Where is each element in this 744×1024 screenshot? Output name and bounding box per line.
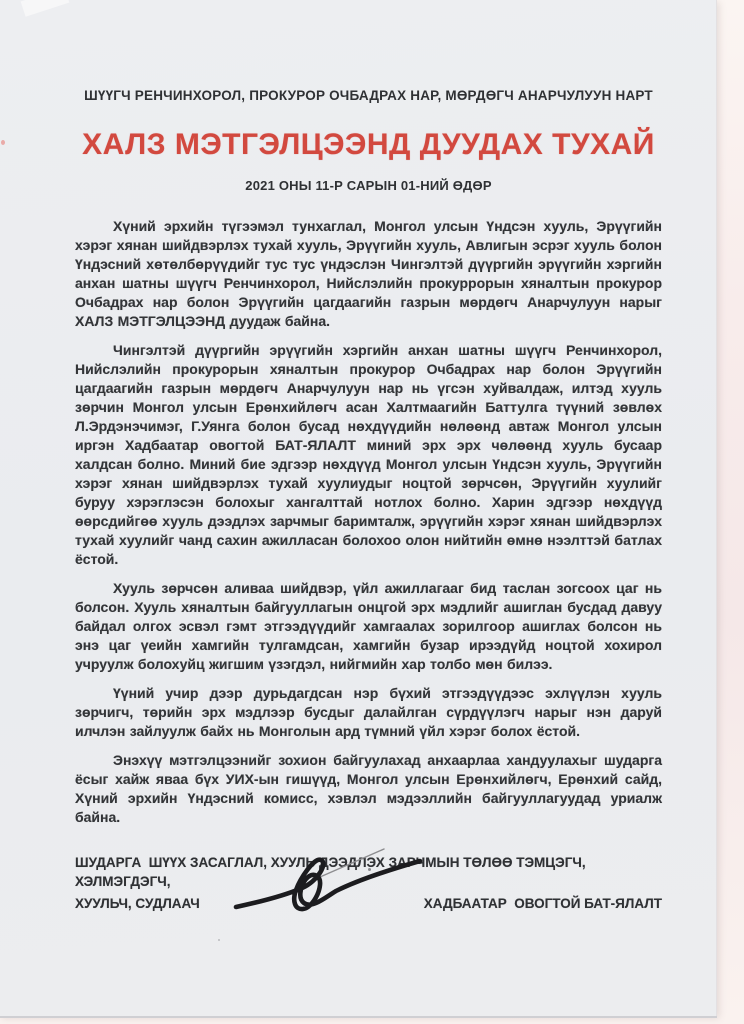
document-body: Хүний эрхийн түгээмэл тунхаглал, Монгол … [75,217,662,827]
paragraph-3: Хууль зөрчсөн аливаа шийдвэр, үйл ажилла… [75,579,662,674]
paragraph-2: Чингэлтэй дүүргийн эрүүгийн хэргийн анха… [75,341,662,569]
closing-line: ШУДАРГА ШҮҮХ ЗАСАГЛАЛ, ХУУЛЬ ДЭЭДЛЭХ ЗАР… [75,853,662,891]
addressee-line: ШҮҮГЧ РЕНЧИНХОРОЛ, ПРОКУРОР ОЧБАДРАХ НАР… [75,88,662,104]
ink-speck [218,939,220,941]
paper-bottom-edge [0,1016,717,1018]
paragraph-5: Энэхүү мэтгэлцээнийг зохион байгуулахад … [75,751,662,827]
document-title: ХАЛЗ МЭТГЭЛЦЭЭНД ДУУДАХ ТУХАЙ [75,126,662,163]
paragraph-4: Үүний учир дээр дурьдагдсан нэр бүхий эт… [75,684,662,741]
closing-signatory-role: ХУУЛЬЧ, СУДЛААЧ [75,894,200,913]
closing-signatory-name: ХАДБААТАР ОВОГТОЙ БАТ-ЯЛАЛТ [424,894,662,913]
closing-block: ШУДАРГА ШҮҮХ ЗАСАГЛАЛ, ХУУЛЬ ДЭЭДЛЭХ ЗАР… [75,853,662,913]
ink-speck [600,905,602,907]
paper-corner-notch [21,0,70,17]
document-page: ШҮҮГЧ РЕНЧИНХОРОЛ, ПРОКУРОР ОЧБАДРАХ НАР… [0,0,717,1016]
paragraph-1: Хүний эрхийн түгээмэл тунхаглал, Монгол … [75,217,662,331]
scan-artifact-dot [1,140,5,145]
date-line: 2021 ОНЫ 11-Р САРЫН 01-НИЙ ӨДӨР [75,178,662,194]
ink-speck [368,868,371,871]
